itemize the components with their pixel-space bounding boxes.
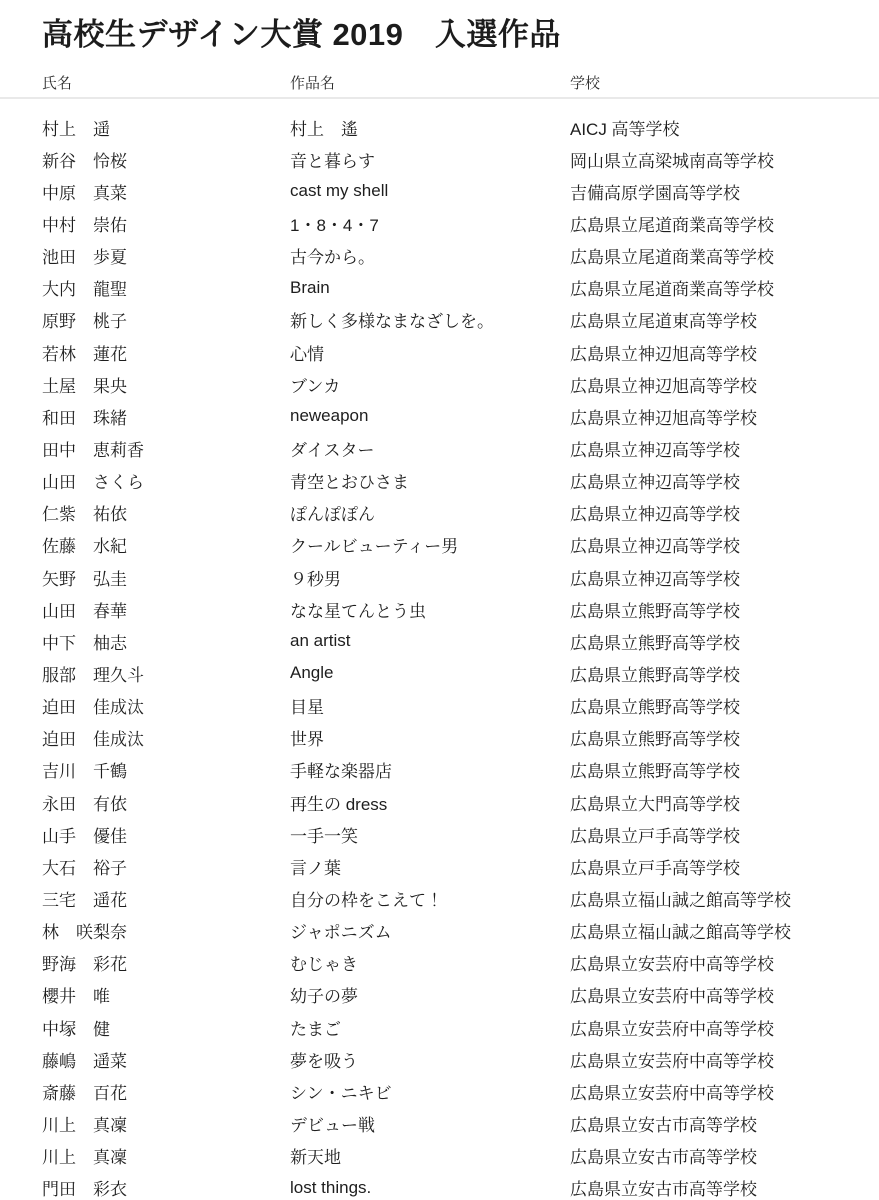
school-name: 広島県立安芸府中高等学校: [570, 950, 879, 975]
entrant-name: 永田 有依: [42, 790, 290, 815]
table-row: 村上 遥村上 遙AICJ 高等学校: [0, 111, 879, 143]
school-name: 広島県立神辺旭高等学校: [570, 372, 879, 397]
entrant-name: 吉川 千鶴: [42, 757, 290, 782]
work-title: ブンカ: [290, 372, 570, 397]
entrant-name: 若林 蓮花: [42, 340, 290, 365]
entrant-name: 中原 真菜: [42, 179, 290, 204]
work-title: 手軽な楽器店: [290, 757, 570, 782]
school-name: 広島県立熊野高等学校: [570, 629, 879, 654]
table-row: 原野 桃子新しく多様なまなざしを。広島県立尾道東高等学校: [0, 304, 879, 336]
entrant-name: 大内 龍聖: [42, 275, 290, 300]
school-name: 広島県立尾道商業高等学校: [570, 275, 879, 300]
entrant-name: 和田 珠緒: [42, 404, 290, 429]
work-title: 一手一笑: [290, 822, 570, 847]
school-name: 広島県立大門高等学校: [570, 790, 879, 815]
school-name: 広島県立戸手高等学校: [570, 854, 879, 879]
table-row: 中塚 健たまご広島県立安芸府中高等学校: [0, 1011, 879, 1043]
school-name: 広島県立福山誠之館高等学校: [570, 886, 879, 911]
work-title: 幼子の夢: [290, 982, 570, 1007]
school-name: 広島県立熊野高等学校: [570, 693, 879, 718]
work-title: neweapon: [290, 406, 570, 426]
school-name: 広島県立神辺高等学校: [570, 532, 879, 557]
entrant-name: 山田 さくら: [42, 468, 290, 493]
work-title: 新しく多様なまなざしを。: [290, 307, 570, 332]
entrant-name: 村上 遥: [42, 115, 290, 140]
entrant-name: 迫田 佳成汰: [42, 693, 290, 718]
school-name: 広島県立安古市高等学校: [570, 1143, 879, 1168]
table-row: 野海 彩花むじゃき広島県立安芸府中高等学校: [0, 947, 879, 979]
table-body: 村上 遥村上 遙AICJ 高等学校新谷 怜桜音と暮らす岡山県立高梁城南高等学校中…: [0, 111, 879, 1200]
header-divider: [0, 97, 879, 99]
work-title: ぽんぽぽん: [290, 500, 570, 525]
table-row: 山手 優佳一手一笑広島県立戸手高等学校: [0, 818, 879, 850]
table-row: 門田 彩衣lost things.広島県立安古市高等学校: [0, 1172, 879, 1200]
entrant-name: 川上 真凜: [42, 1111, 290, 1136]
entrant-name: 山手 優佳: [42, 822, 290, 847]
work-title: 音と暮らす: [290, 147, 570, 172]
school-name: 広島県立神辺高等学校: [570, 500, 879, 525]
entrant-name: 野海 彩花: [42, 950, 290, 975]
entrant-name: 土屋 果央: [42, 372, 290, 397]
work-title: 自分の枠をこえて！: [290, 886, 570, 911]
table-row: 矢野 弘圭９秒男広島県立神辺高等学校: [0, 561, 879, 593]
entrant-name: 中村 崇佑: [42, 211, 290, 236]
entrant-name: 中塚 健: [42, 1015, 290, 1040]
entrant-name: 門田 彩衣: [42, 1175, 290, 1200]
school-name: 広島県立安古市高等学校: [570, 1111, 879, 1136]
table-row: 迫田 佳成汰世界広島県立熊野高等学校: [0, 722, 879, 754]
entrant-name: 迫田 佳成汰: [42, 725, 290, 750]
work-title: 古今から。: [290, 243, 570, 268]
work-title: シン・ニキビ: [290, 1079, 570, 1104]
entrant-name: 林 咲梨奈: [42, 918, 290, 943]
school-name: 広島県立神辺旭高等学校: [570, 404, 879, 429]
entrant-name: 川上 真凜: [42, 1143, 290, 1168]
entrant-name: 田中 恵莉香: [42, 436, 290, 461]
table-row: 仁紫 祐依ぽんぽぽん広島県立神辺高等学校: [0, 497, 879, 529]
table-row: 大石 裕子言ノ葉広島県立戸手高等学校: [0, 850, 879, 882]
work-title: 再生の dress: [290, 790, 570, 815]
table-row: 山田 さくら青空とおひさま広島県立神辺高等学校: [0, 465, 879, 497]
table-row: 土屋 果央ブンカ広島県立神辺旭高等学校: [0, 368, 879, 400]
table-row: 中原 真菜cast my shell吉備高原学園高等学校: [0, 175, 879, 207]
table-row: 三宅 遥花自分の枠をこえて！広島県立福山誠之館高等学校: [0, 882, 879, 914]
work-title: ジャポニズム: [290, 918, 570, 943]
entrant-name: 仁紫 祐依: [42, 500, 290, 525]
school-name: 吉備高原学園高等学校: [570, 179, 879, 204]
work-title: 夢を吸う: [290, 1047, 570, 1072]
school-name: 広島県立熊野高等学校: [570, 725, 879, 750]
work-title: ダイスター: [290, 436, 570, 461]
work-title: 青空とおひさま: [290, 468, 570, 493]
work-title: 世界: [290, 725, 570, 750]
school-name: 広島県立熊野高等学校: [570, 661, 879, 686]
entrant-name: 中下 柚志: [42, 629, 290, 654]
work-title: Angle: [290, 663, 570, 683]
work-title: Brain: [290, 278, 570, 298]
table-row: 和田 珠緒neweapon広島県立神辺旭高等学校: [0, 400, 879, 432]
school-name: 広島県立神辺旭高等学校: [570, 340, 879, 365]
table-row: 斎藤 百花シン・ニキビ広島県立安芸府中高等学校: [0, 1075, 879, 1107]
work-title: むじゃき: [290, 950, 570, 975]
table-row: 新谷 怜桜音と暮らす岡山県立高梁城南高等学校: [0, 143, 879, 175]
school-name: 広島県立福山誠之館高等学校: [570, 918, 879, 943]
work-title: 心情: [290, 340, 570, 365]
table-row: 池田 歩夏古今から。広島県立尾道商業高等学校: [0, 240, 879, 272]
school-name: 広島県立神辺高等学校: [570, 565, 879, 590]
table-row: 中村 崇佑1・8・4・7広島県立尾道商業高等学校: [0, 207, 879, 239]
work-title: 1・8・4・7: [290, 211, 570, 236]
school-name: 広島県立尾道商業高等学校: [570, 211, 879, 236]
table-row: 川上 真凜デビュー戦広島県立安古市高等学校: [0, 1107, 879, 1139]
table-row: 迫田 佳成汰目星広島県立熊野高等学校: [0, 690, 879, 722]
school-name: 広島県立尾道商業高等学校: [570, 243, 879, 268]
table-row: 藤嶋 遥菜夢を吸う広島県立安芸府中高等学校: [0, 1043, 879, 1075]
school-name: 広島県立熊野高等学校: [570, 597, 879, 622]
table-row: 大内 龍聖Brain広島県立尾道商業高等学校: [0, 272, 879, 304]
table-row: 永田 有依再生の dress広島県立大門高等学校: [0, 786, 879, 818]
work-title: なな星てんとう虫: [290, 597, 570, 622]
school-name: 広島県立神辺高等学校: [570, 468, 879, 493]
entrant-name: 新谷 怜桜: [42, 147, 290, 172]
table-row: 若林 蓮花心情広島県立神辺旭高等学校: [0, 336, 879, 368]
column-header-work: 作品名: [290, 72, 570, 93]
table-row: 吉川 千鶴手軽な楽器店広島県立熊野高等学校: [0, 754, 879, 786]
work-title: 新天地: [290, 1143, 570, 1168]
school-name: 広島県立安芸府中高等学校: [570, 1079, 879, 1104]
school-name: 広島県立戸手高等学校: [570, 822, 879, 847]
table-row: 佐藤 水紀クールビューティー男広島県立神辺高等学校: [0, 529, 879, 561]
table-row: 田中 恵莉香ダイスター広島県立神辺高等学校: [0, 432, 879, 464]
school-name: 岡山県立高梁城南高等学校: [570, 147, 879, 172]
work-title: cast my shell: [290, 181, 570, 201]
entrant-name: 矢野 弘圭: [42, 565, 290, 590]
school-name: 広島県立安古市高等学校: [570, 1175, 879, 1200]
school-name: 広島県立安芸府中高等学校: [570, 1047, 879, 1072]
page-title: 高校生デザイン大賞 2019 入選作品: [42, 9, 561, 54]
work-title: たまご: [290, 1015, 570, 1040]
table-row: 櫻井 唯幼子の夢広島県立安芸府中高等学校: [0, 979, 879, 1011]
table-row: 川上 真凜新天地広島県立安古市高等学校: [0, 1140, 879, 1172]
entrant-name: 櫻井 唯: [42, 982, 290, 1007]
entrant-name: 三宅 遥花: [42, 886, 290, 911]
work-title: クールビューティー男: [290, 532, 570, 557]
table-header: 氏名 作品名 学校: [0, 66, 879, 98]
school-name: 広島県立安芸府中高等学校: [570, 1015, 879, 1040]
school-name: 広島県立尾道東高等学校: [570, 307, 879, 332]
school-name: AICJ 高等学校: [570, 115, 879, 140]
work-title: 目星: [290, 693, 570, 718]
table-row: 中下 柚志an artist広島県立熊野高等学校: [0, 625, 879, 657]
entrant-name: 池田 歩夏: [42, 243, 290, 268]
entrant-name: 原野 桃子: [42, 307, 290, 332]
work-title: ９秒男: [290, 565, 570, 590]
column-header-school: 学校: [570, 72, 879, 93]
entrant-name: 斎藤 百花: [42, 1079, 290, 1104]
school-name: 広島県立神辺高等学校: [570, 436, 879, 461]
work-title: lost things.: [290, 1178, 570, 1198]
entrant-name: 山田 春華: [42, 597, 290, 622]
work-title: デビュー戦: [290, 1111, 570, 1136]
school-name: 広島県立熊野高等学校: [570, 757, 879, 782]
entrant-name: 大石 裕子: [42, 854, 290, 879]
entrant-name: 藤嶋 遥菜: [42, 1047, 290, 1072]
table-row: 林 咲梨奈ジャポニズム広島県立福山誠之館高等学校: [0, 915, 879, 947]
entrant-name: 服部 理久斗: [42, 661, 290, 686]
document-page: 高校生デザイン大賞 2019 入選作品 氏名 作品名 学校 村上 遥村上 遙AI…: [0, 0, 879, 1200]
work-title: 言ノ葉: [290, 854, 570, 879]
work-title: an artist: [290, 631, 570, 651]
work-title: 村上 遙: [290, 115, 570, 140]
table-row: 山田 春華なな星てんとう虫広島県立熊野高等学校: [0, 593, 879, 625]
table-row: 服部 理久斗Angle広島県立熊野高等学校: [0, 657, 879, 689]
column-header-name: 氏名: [42, 72, 290, 93]
entrant-name: 佐藤 水紀: [42, 532, 290, 557]
school-name: 広島県立安芸府中高等学校: [570, 982, 879, 1007]
